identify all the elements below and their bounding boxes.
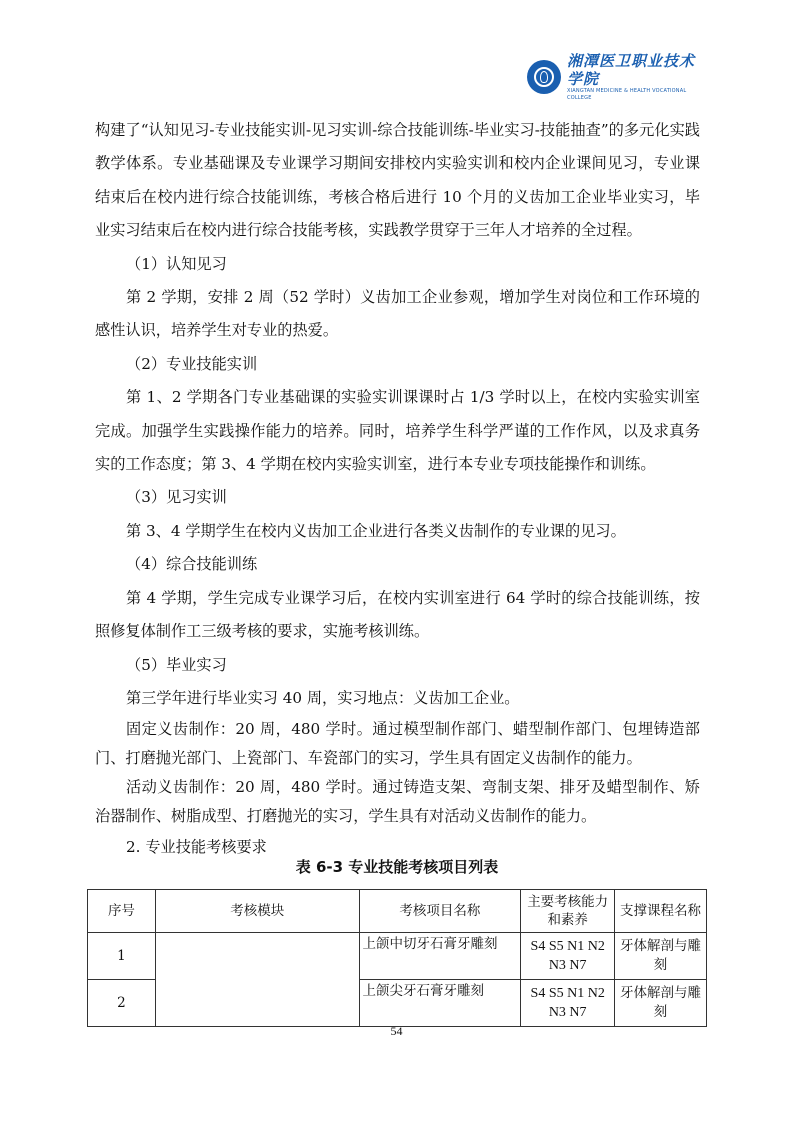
cell-ability: S4 S5 N1 N2 N3 N7: [521, 933, 615, 980]
paragraph: 第三学年进行毕业实习 40 周，实习地点：义齿加工企业。: [95, 682, 700, 715]
cell-course: 牙体解剖与雕刻: [615, 933, 707, 980]
cell-module: [155, 933, 359, 1027]
section-heading-skill-training: （2）专业技能实训: [95, 348, 700, 381]
intro-paragraph: 构建了“认知见习-专业技能实训-见习实训-综合技能训练-毕业实习-技能抽查”的多…: [95, 114, 700, 248]
paragraph: 第 3、4 学期学生在校内义齿加工企业进行各类义齿制作的专业课的见习。: [95, 515, 700, 548]
header-item: 考核项目名称: [359, 890, 521, 933]
cell-no: 1: [88, 933, 156, 980]
college-emblem-icon: [527, 60, 561, 94]
cell-course: 牙体解剖与雕刻: [615, 980, 707, 1027]
cell-no: 2: [88, 980, 156, 1027]
section-heading-comprehensive-training: （4）综合技能训练: [95, 548, 700, 581]
table-row: 1 上颌中切牙石膏牙雕刻 S4 S5 N1 N2 N3 N7 牙体解剖与雕刻: [88, 933, 707, 980]
college-name: 湘潭医卫职业技术学院 XIANGTAN MEDICINE & HEALTH VO…: [567, 52, 707, 102]
college-logo: 湘潭医卫职业技术学院 XIANGTAN MEDICINE & HEALTH VO…: [527, 58, 707, 96]
college-name-en: XIANGTAN MEDICINE & HEALTH VOCATIONAL CO…: [567, 88, 707, 102]
assessment-table: 序号 考核模块 考核项目名称 主要考核能力和素养 支撑课程名称 1 上颌中切牙石…: [87, 889, 707, 1027]
paragraph: 第 1、2 学期各门专业基础课的实验实训课课时占 1/3 学时以上，在校内实验实…: [95, 381, 700, 481]
cell-item: 上颌尖牙石膏牙雕刻: [359, 980, 521, 1027]
college-name-cn: 湘潭医卫职业技术学院: [567, 52, 707, 88]
table-header-row: 序号 考核模块 考核项目名称 主要考核能力和素养 支撑课程名称: [88, 890, 707, 933]
paragraph: 第 2 学期，安排 2 周（52 学时）义齿加工企业参观，增加学生对岗位和工作环…: [95, 281, 700, 348]
header-no: 序号: [88, 890, 156, 933]
table-title: 表 6-3 专业技能考核项目列表: [87, 856, 707, 877]
header-course: 支撑课程名称: [615, 890, 707, 933]
page-number: 54: [0, 1024, 793, 1039]
paragraph: 第 4 学期，学生完成专业课学习后，在校内实训室进行 64 学时的综合技能训练，…: [95, 582, 700, 649]
header-module: 考核模块: [155, 890, 359, 933]
cell-ability: S4 S5 N1 N2 N3 N7: [521, 980, 615, 1027]
document-body: 构建了“认知见习-专业技能实训-见习实训-综合技能训练-毕业实习-技能抽查”的多…: [95, 114, 700, 865]
header-ability: 主要考核能力和素养: [521, 890, 615, 933]
paragraph: 活动义齿制作：20 周，480 学时。通过铸造支架、弯制支架、排牙及蜡型制作、矫…: [95, 773, 700, 831]
cell-item: 上颌中切牙石膏牙雕刻: [359, 933, 521, 980]
paragraph: 固定义齿制作：20 周，480 学时。通过模型制作部门、蜡型制作部门、包埋铸造部…: [95, 715, 700, 773]
section-heading-graduation-internship: （5）毕业实习: [95, 649, 700, 682]
section-heading-practical-internship: （3）见习实训: [95, 481, 700, 514]
section-heading-cognitive-internship: （1）认知见习: [95, 248, 700, 281]
